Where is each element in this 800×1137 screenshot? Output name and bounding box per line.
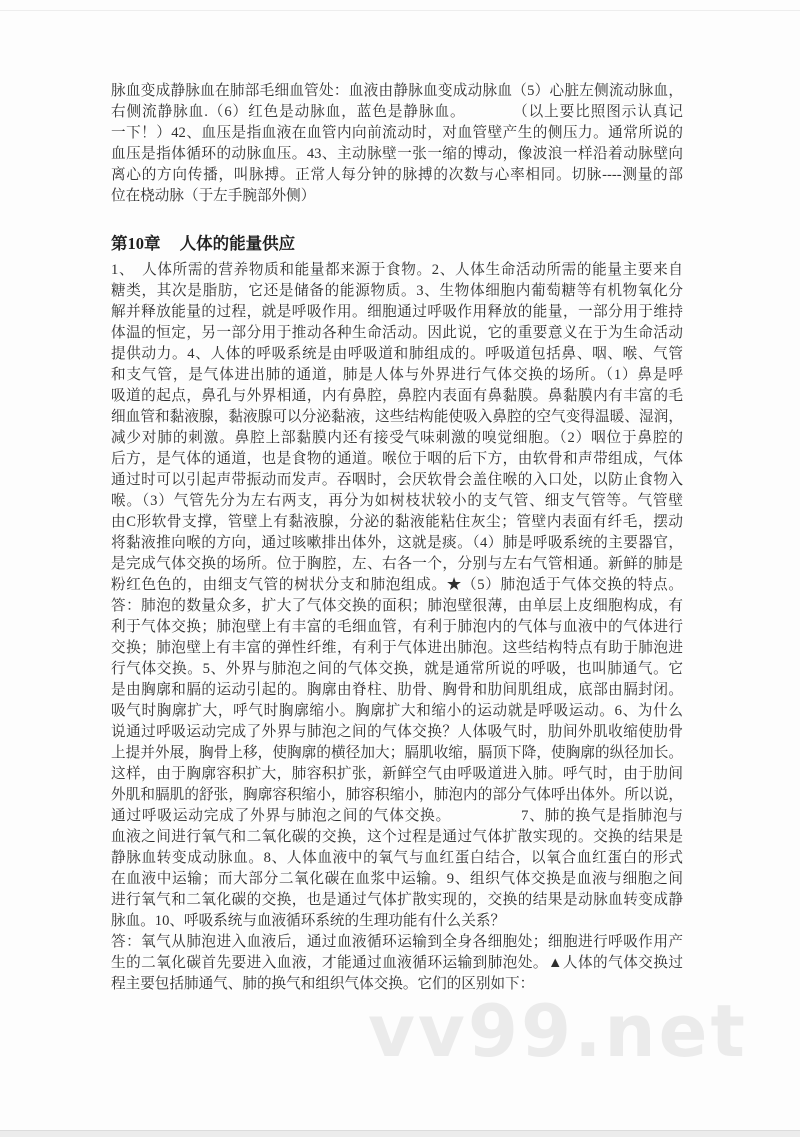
text-line: 减少对肺的刺激。鼻腔上部黏膜内还有接受气味刺激的嗅觉细胞。（2）咽位于鼻腔的 [111, 428, 683, 449]
text-line: 通过呼吸运动完成了外界与肺泡之间的气体交换。 7、肺的换气是指肺泡与 [111, 806, 683, 827]
text-line: 1、 人体所需的营养物质和能量都来源于食物。2、人体生命活动所需的能量主要来自 [111, 260, 683, 281]
text-line: 静脉血转变成动脉血。8、人体血液中的氧气与血红蛋白结合，以氧合血红蛋白的形式 [111, 848, 683, 869]
text-line: 利于气体交换；肺泡壁上有丰富的毛细血管，有利于肺泡内的气体与血液中的气体进行 [111, 617, 683, 638]
text-line: 答：氧气从肺泡进入血液后，通过血液循环运输到全身各细胞处；细胞进行呼吸作用产 [111, 932, 683, 953]
text-line: 进行氧气和二氧化碳的交换，也是通过气体扩散实现的，交换的结果是动脉血转变成静 [111, 890, 683, 911]
text-line: 离心的方向传播，叫脉搏。正常人每分钟的脉搏的次数与心率相同。切脉----测量的部 [111, 165, 683, 186]
chapter-title: 人体的能量供应 [180, 234, 296, 253]
page-top-edge [0, 10, 800, 11]
text-line: 这样，由于胸廓容积扩大，肺容积扩张，新鲜空气由呼吸道进入肺。呼气时，由于肋间 [111, 764, 683, 785]
text-line: 外肌和膈肌的舒张，胸廓容积缩小，肺容积缩小，肺泡内的部分气体呼出体外。所以说， [111, 785, 683, 806]
text-line: 说通过呼吸运动完成了外界与肺泡之间的气体交换？人体吸气时，肋间外肌收缩使肋骨 [111, 722, 683, 743]
text-line: 吸道的起点，鼻孔与外界相通，内有鼻腔，鼻腔内表面有鼻黏膜。鼻黏膜内有丰富的毛 [111, 386, 683, 407]
text-line: 粉红色色的，由细支气管的树状分支和肺泡组成。★（5）肺泡适于气体交换的特点。 [111, 575, 683, 596]
text-line: 吸气时胸廓扩大，呼气时胸廓缩小。胸廓扩大和缩小的运动就是呼吸运动。6、为什么 [111, 701, 683, 722]
paragraph-answer-alveoli: 答：肺泡的数量众多，扩大了气体交换的面积；肺泡壁很薄，由单层上皮细胞构成，有利于… [111, 596, 683, 932]
text-line: 交换；肺泡壁上有丰富的弹性纤维，有利于气体进出肺泡。这些结构特点有助于肺泡进 [111, 638, 683, 659]
text-line: 和支气管，是气体进出肺的通道，肺是人体与外界进行气体交换的场所。（1）鼻是呼 [111, 365, 683, 386]
text-line: 体温的恒定，另一部分用于推动各种生命活动。因此说，它的重要意义在于为生命活动 [111, 323, 683, 344]
text-line: 糖类，其次是脂肪，它还是储备的能源物质。3、生物体细胞内葡萄糖等有机物氧化分 [111, 281, 683, 302]
text-line: 解并释放能量的过程，就是呼吸作用。细胞通过呼吸作用释放的能量，一部分用于维持 [111, 302, 683, 323]
text-line: 将黏液推向喉的方向，通过咳嗽排出体外，这就是痰。（4）肺是呼吸系统的主要器官， [111, 533, 683, 554]
text-line: 在血液中运输；而大部分二氧化碳在血浆中运输。9、组织气体交换是血液与细胞之间 [111, 869, 683, 890]
paragraph-answer-gas-exchange: 答：氧气从肺泡进入血液后，通过血液循环运输到全身各细胞处；细胞进行呼吸作用产生的… [111, 932, 683, 995]
text-line: 提供动力。4、人体的呼吸系统是由呼吸道和肺组成的。呼吸道包括鼻、咽、喉、气管 [111, 344, 683, 365]
text-line: 血压是指体循环的动脉血压。43、主动脉壁一张一缩的博动，像波浪一样沿着动脉壁向 [111, 144, 683, 165]
text-line: 是由胸廓和膈的运动引起的。胸廓由脊柱、肋骨、胸骨和肋间肌组成，底部由膈封闭。 [111, 680, 683, 701]
text-line: 脉血。10、呼吸系统与血液循环系统的生理功能有什么关系？ [111, 911, 683, 932]
paragraph-blood-circulation: 脉血变成静脉血在肺部毛细血管处：血液由静脉血变成动脉血（5）心脏左侧流动脉血，右… [111, 81, 683, 207]
watermark: vv99.net [368, 989, 748, 1073]
text-line: 通过时可以引起声带振动而发声。吞咽时，会厌软骨会盖住喉的入口处，以防止食物入 [111, 470, 683, 491]
chapter-number: 第10章 [111, 234, 161, 253]
text-line: 右侧流静脉血.（6）红色是动脉血，蓝色是静脉血。 （以上要比照图示认真记 [111, 102, 683, 123]
text-line: 是完成气体交换的场所。位于胸腔，左、右各一个，分别与左右气管相通。新鲜的肺是 [111, 554, 683, 575]
text-line: 后方，是气体的通道，也是食物的通道。喉位于咽的后下方，由软骨和声带组成，气体 [111, 449, 683, 470]
text-line: 细血管和黏液腺，黏液腺可以分泌黏液，这些结构能使吸入鼻腔的空气变得温暖、湿润， [111, 407, 683, 428]
chapter-heading: 第10章 人体的能量供应 [111, 233, 683, 254]
text-line: 位在桡动脉（于左手腕部外侧） [111, 186, 683, 207]
paragraph-energy-supply: 1、 人体所需的营养物质和能量都来源于食物。2、人体生命活动所需的能量主要来自糖… [111, 260, 683, 596]
text-line: 脉血变成静脉血在肺部毛细血管处：血液由静脉血变成动脉血（5）心脏左侧流动脉血， [111, 81, 683, 102]
text-line: 由C形软骨支撑，管壁上有黏液腺，分泌的黏液能粘住灰尘；管壁内表面有纤毛，摆动 [111, 512, 683, 533]
text-line: 一下！）42、血压是指血液在血管内向前流动时，对血管壁产生的侧压力。通常所说的 [111, 123, 683, 144]
text-line: 血液之间进行氧气和二氧化碳的交换，这个过程是通过气体扩散实现的。交换的结果是 [111, 827, 683, 848]
text-line: 生的二氧化碳首先要进入血液，才能通过血液循环运输到肺泡处。▲人体的气体交换过 [111, 953, 683, 974]
document-content: 脉血变成静脉血在肺部毛细血管处：血液由静脉血变成动脉血（5）心脏左侧流动脉血，右… [111, 81, 683, 995]
text-line: 喉。（3）气管先分为左右两支，再分为如树枝状较小的支气管、细支气管等。气管壁 [111, 491, 683, 512]
text-line: 行气体交换。5、外界与肺泡之间的气体交换，就是通常所说的呼吸，也叫肺通气。它 [111, 659, 683, 680]
page-bottom-edge [0, 1130, 800, 1137]
text-line: 答：肺泡的数量众多，扩大了气体交换的面积；肺泡壁很薄，由单层上皮细胞构成，有 [111, 596, 683, 617]
document-page: 脉血变成静脉血在肺部毛细血管处：血液由静脉血变成动脉血（5）心脏左侧流动脉血，右… [0, 0, 800, 1137]
text-line: 上提并外展，胸骨上移，使胸廓的横径加大；膈肌收缩，膈顶下降，使胸廓的纵径加长。 [111, 743, 683, 764]
